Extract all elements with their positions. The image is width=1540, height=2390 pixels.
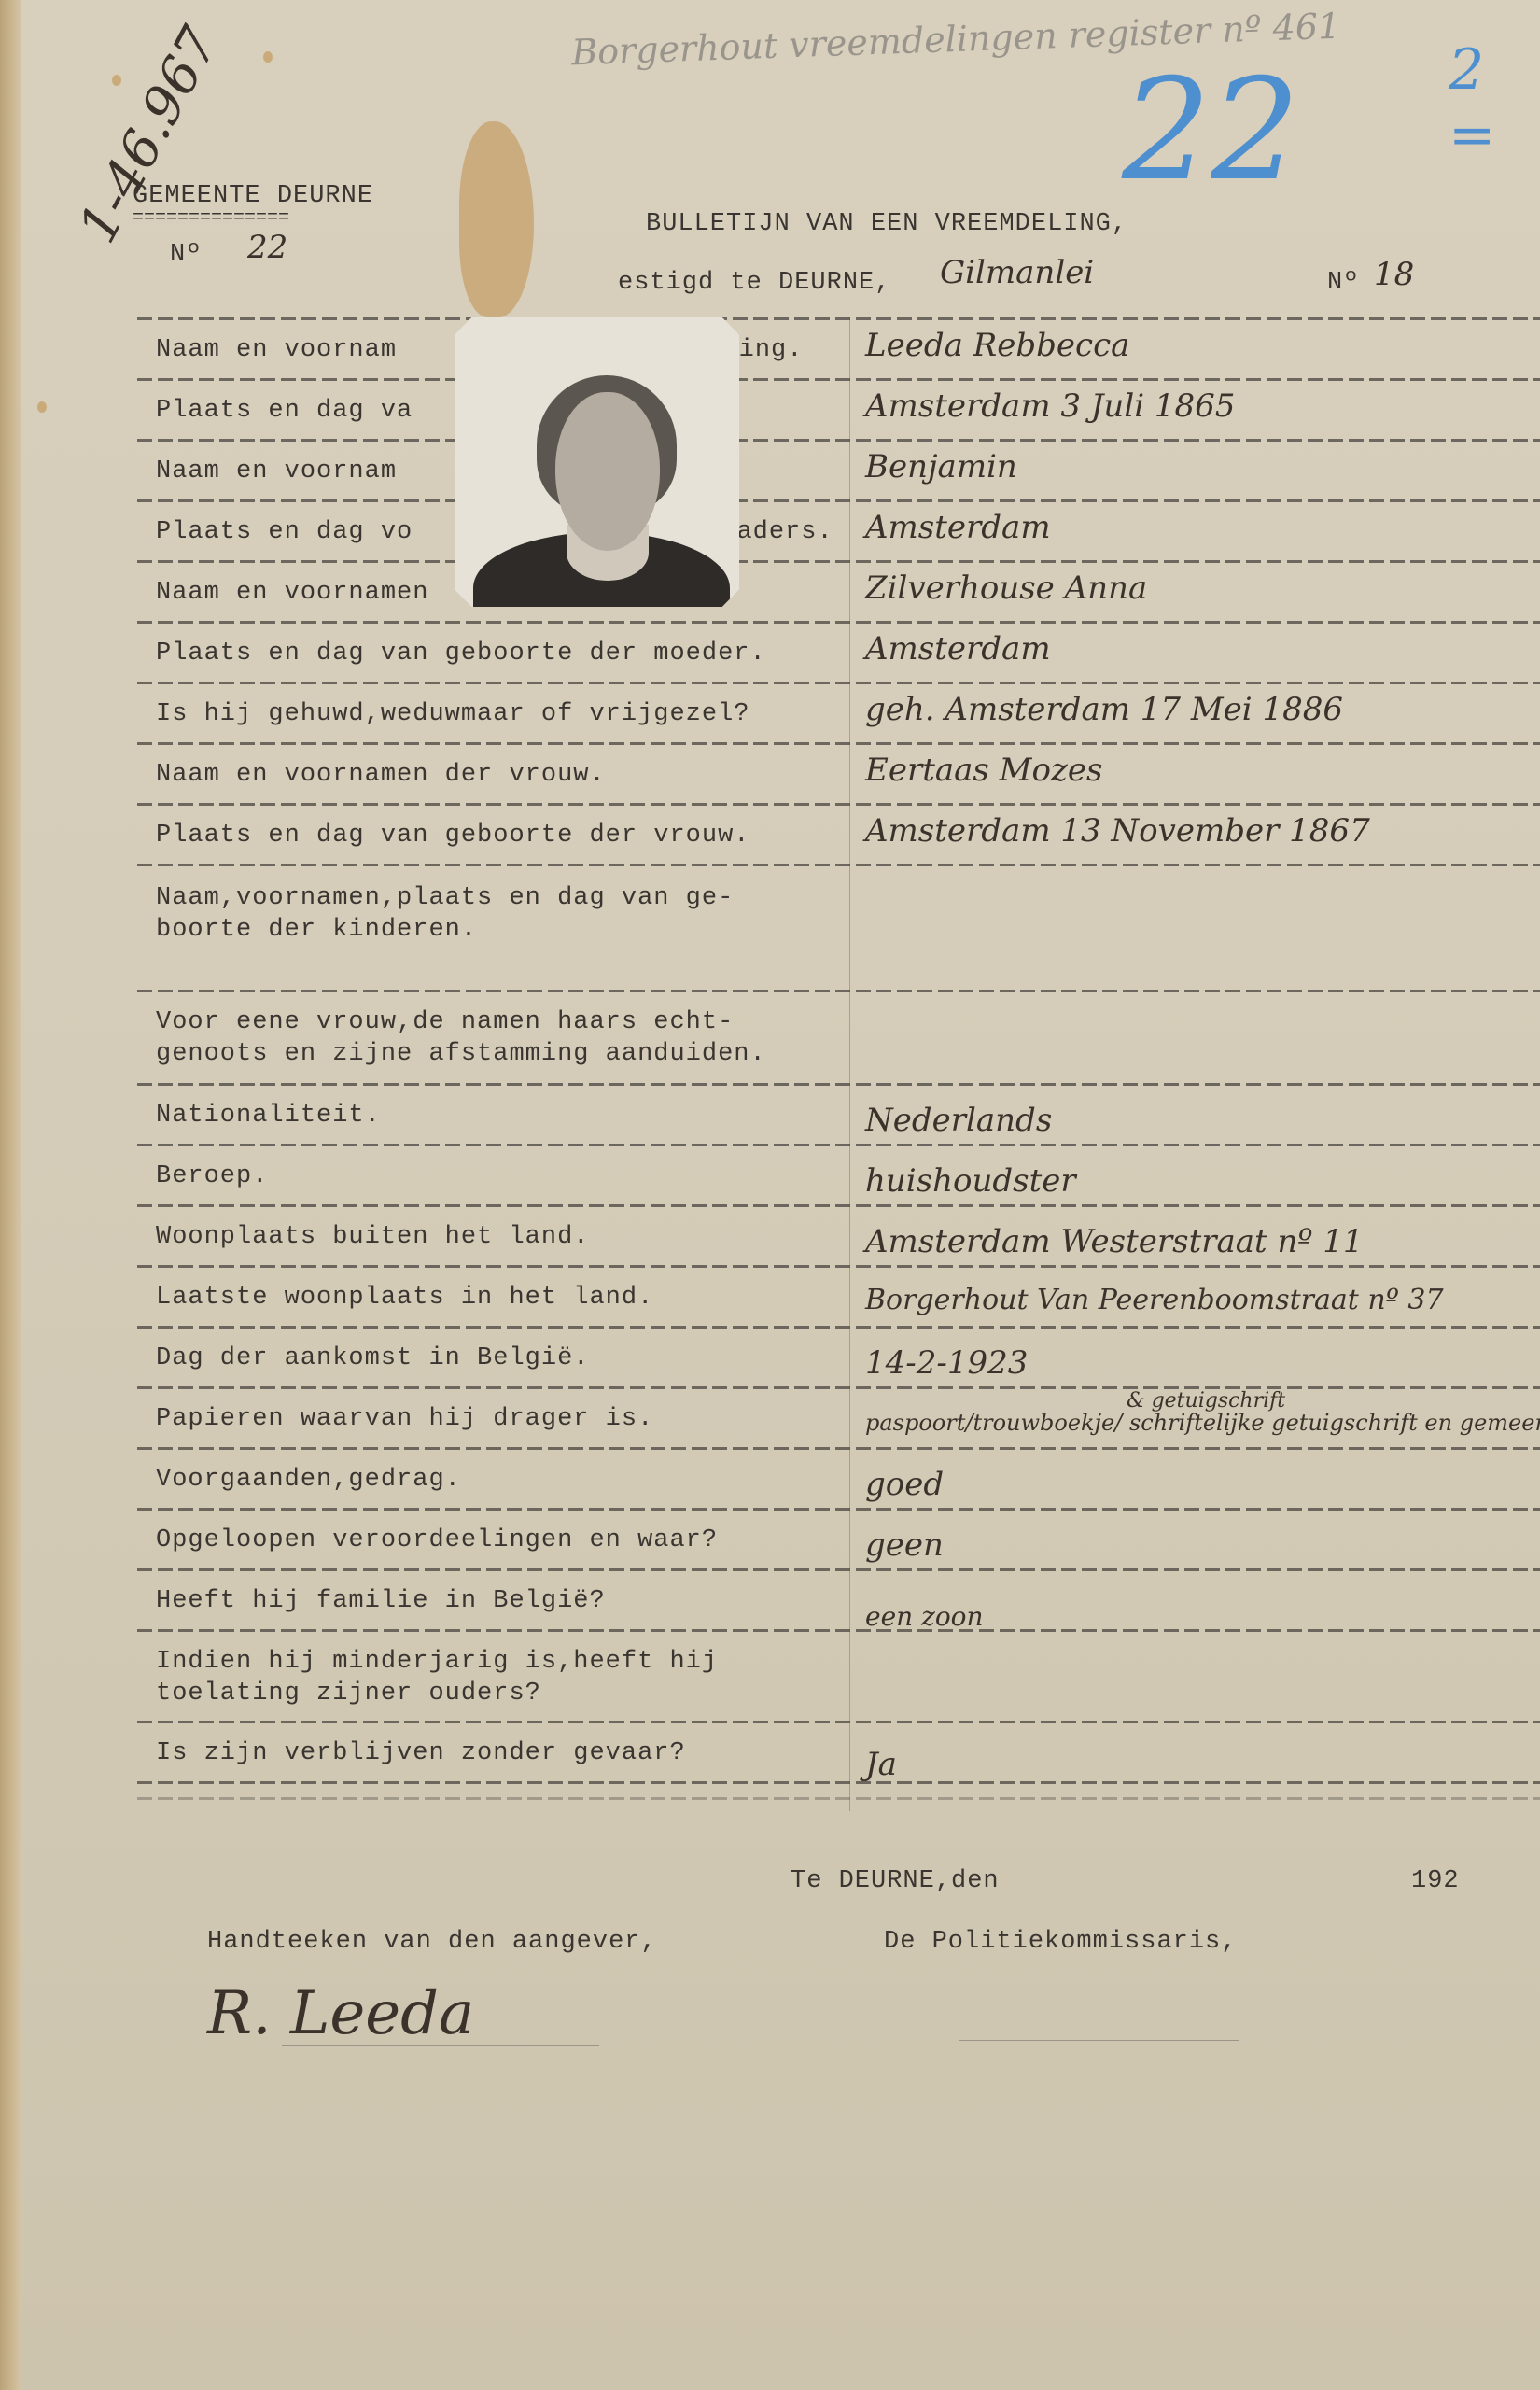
blue-number: 22 — [1122, 56, 1300, 205]
row-divider — [137, 1386, 1540, 1389]
value-nationality: Nederlands — [865, 1102, 1052, 1139]
label-birth: Plaats en dag va — [156, 395, 413, 427]
paper-edge — [0, 0, 22, 2390]
value-name: Leeda Rebbecca — [865, 327, 1129, 364]
label-spouse-descent: Voor eene vrouw,de namen haars echt- gen… — [156, 1006, 766, 1070]
row-divider — [137, 1568, 1540, 1571]
house-number-value: 18 — [1374, 256, 1414, 293]
value-marital-status: geh. Amsterdam 17 Mei 1886 — [865, 691, 1343, 728]
value-mother-name: Zilverhouse Anna — [865, 569, 1147, 607]
label-children: Naam,voornamen,plaats en dag van ge- boo… — [156, 882, 734, 946]
official-label: De Politiekommissaris, — [884, 1928, 1237, 1956]
row-divider — [137, 803, 1540, 806]
row-divider — [137, 1781, 1540, 1784]
row-divider — [137, 990, 1540, 992]
row-divider — [137, 742, 1540, 745]
signer-label: Handteeken van den aangever, — [207, 1928, 657, 1956]
label-mother-name: Naam en voornamen — [156, 577, 428, 609]
paper-stain — [459, 121, 534, 317]
value-father-name: Benjamin — [865, 448, 1017, 485]
value-conduct: goed — [865, 1466, 944, 1503]
place-date-label: Te DEURNE,den — [791, 1867, 1000, 1895]
label-father-name: Naam en voornam — [156, 456, 397, 487]
value-wife-name: Eertaas Mozes — [865, 752, 1102, 789]
row-divider — [137, 1326, 1540, 1329]
label-arrival-date: Dag der aankomst in België. — [156, 1343, 589, 1374]
row-divider — [137, 439, 1540, 442]
row-divider — [137, 1797, 1540, 1800]
paper-spot — [37, 401, 47, 413]
value-father-birth: Amsterdam — [865, 509, 1051, 546]
year-prefix: 192 — [1411, 1867, 1460, 1895]
label-residence-abroad: Woonplaats buiten het land. — [156, 1221, 589, 1253]
label-last-residence: Laatste woonplaats in het land. — [156, 1282, 653, 1314]
house-number-label: Nº — [1327, 269, 1359, 297]
row-divider — [137, 1721, 1540, 1723]
signature: R. Leeda — [207, 1979, 474, 2048]
portrait-photo — [455, 317, 739, 607]
label-minor-consent: Indien hij minderjarig is,heeft hij toel… — [156, 1646, 718, 1709]
label-mother-birth: Plaats en dag van geboorte der moeder. — [156, 638, 766, 669]
official-signature-line — [959, 2040, 1239, 2041]
residence-street: Gilmanlei — [940, 254, 1094, 291]
value-birth: Amsterdam 3 Juli 1865 — [865, 387, 1235, 425]
label-papers: Papieren waarvan hij drager is. — [156, 1403, 653, 1435]
row-divider — [137, 1204, 1540, 1207]
row-divider — [137, 1508, 1540, 1511]
row-divider — [137, 499, 1540, 502]
value-wife-birth: Amsterdam 13 November 1867 — [865, 812, 1370, 850]
value-family-in-belgium: een zoon — [865, 1601, 984, 1632]
row-divider — [137, 1144, 1540, 1146]
value-convictions: geen — [865, 1526, 944, 1564]
paper-spot — [263, 51, 273, 63]
blue-margin-marks: 2= — [1449, 37, 1495, 168]
row-divider — [137, 1265, 1540, 1268]
label-danger: Is zijn verblijven zonder gevaar? — [156, 1737, 686, 1769]
row-divider — [137, 560, 1540, 563]
row-divider — [137, 317, 1540, 320]
label-wife-birth: Plaats en dag van geboorte der vrouw. — [156, 820, 750, 851]
label-occupation: Beroep. — [156, 1160, 268, 1192]
number-label: Nº — [170, 241, 202, 269]
paper-spot — [112, 75, 121, 86]
label-convictions: Opgeloopen veroordeelingen en waar? — [156, 1525, 718, 1556]
photo-face — [555, 392, 660, 551]
label-nationality: Nationaliteit. — [156, 1100, 381, 1132]
number-value: 22 — [247, 229, 287, 266]
column-divider — [849, 317, 850, 1811]
row-divider — [137, 1629, 1540, 1632]
label-wife-name: Naam en voornamen der vrouw. — [156, 759, 606, 791]
row-divider — [137, 378, 1540, 381]
row-divider — [137, 1083, 1540, 1086]
label-conduct: Voorgaanden,gedrag. — [156, 1464, 461, 1496]
bulletin-title: BULLETIJN VAN EEN VREEMDELING, — [646, 210, 1127, 238]
residence-prefix: estigd te DEURNE, — [618, 269, 890, 297]
row-divider — [137, 1447, 1540, 1450]
date-line — [1057, 1891, 1411, 1891]
municipality-underline: ============== — [133, 207, 289, 229]
value-papers: paspoort/trouwboekje/ schriftelijke getu… — [865, 1410, 1540, 1436]
signature-line — [282, 2045, 599, 2046]
value-mother-birth: Amsterdam — [865, 630, 1051, 668]
value-arrival-date: 14-2-1923 — [865, 1344, 1028, 1382]
label-marital-status: Is hij gehuwd,weduwmaar of vrijgezel? — [156, 698, 750, 730]
document-page: 1-46.967 Borgerhout vreemdelingen regist… — [21, 0, 1540, 2390]
row-divider — [137, 864, 1540, 866]
value-last-residence: Borgerhout Van Peerenboomstraat nº 37 — [865, 1284, 1444, 1316]
label-family-in-belgium: Heeft hij familie in België? — [156, 1585, 606, 1617]
row-divider — [137, 621, 1540, 624]
municipality: GEMEENTE DEURNE — [133, 182, 373, 210]
row-divider — [137, 682, 1540, 684]
value-residence-abroad: Amsterdam Westerstraat nº 11 — [865, 1223, 1363, 1260]
value-occupation: huishoudster — [865, 1162, 1076, 1200]
value-danger: Ja — [865, 1746, 897, 1783]
